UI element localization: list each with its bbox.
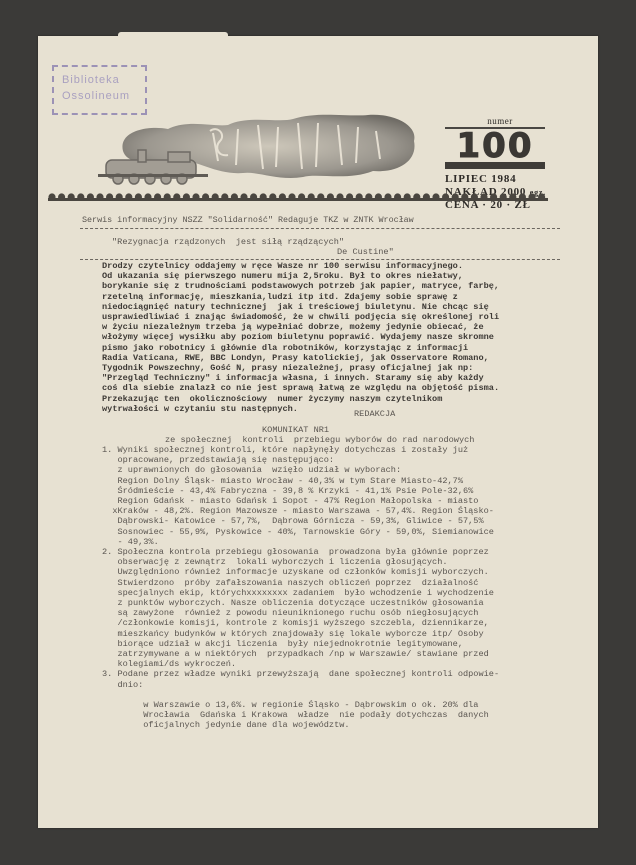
scalloped-divider [48,192,548,202]
komunikat-line: Sosnowiec - 55,9%, Pyskowice - 40%, Tarn… [102,527,582,537]
komunikat-line: biorące udział w akcji liczenia były nie… [102,639,582,649]
komunikat-line: opracowane, przedstawiają się następując… [102,455,582,465]
intro-line: niedociągnięć natury technicznej jak i t… [102,302,582,312]
komunikat-line: z uprawnionych do głosowania wzięło udzi… [102,465,582,475]
komunikat-line: dnio: [102,680,582,690]
komunikat-line: oficjalnych jedynie dane dla województw. [102,720,582,730]
issue-number-label: numer [455,116,545,126]
komunikat-line: /członkowie komisji, kontrole z komisji … [102,618,582,628]
intro-line: Radia Vaticana, RWE, BBC Londyn, Prasy k… [102,353,582,363]
komunikat-subtitle: ze społecznej kontroli przebiegu wyborów… [165,435,474,445]
komunikat-body: 1. Wyniki społecznej kontroli, które nap… [102,445,582,731]
intro-line: w życiu niezależnym trzeba ją wypełniać … [102,322,582,332]
komunikat-line: są zawyżone również z powodu nieuniknion… [102,608,582,618]
intro-text: Drodzy czytelnicy oddajemy w ręce Wasze … [102,261,582,414]
issue-number: 100 [445,131,545,161]
komunikat-line: - 49,3%. [102,537,582,547]
komunikat-line [102,690,582,700]
motto-author: De Custine" [337,247,394,257]
komunikat-line: mieszkańcy budynków w których znajdowały… [102,629,582,639]
intro-line: borykanie się z trudnościami podstawowyc… [102,281,582,291]
intro-line: Drodzy czytelnicy oddajemy w ręce Wasze … [102,261,582,271]
intro-line: coś dla siebie znalazł co nie jest spraw… [102,383,582,393]
komunikat-line: w Warszawie o 13,6%. w regionie Śląsko -… [102,700,582,710]
intro-line: Przekazując ten okolicznościowy numer ży… [102,394,582,404]
komunikat-line: Wrocławia Gdańska i Krakowa władze nie p… [102,710,582,720]
komunikat-line: 1. Wyniki społecznej kontroli, które nap… [102,445,582,455]
intro-line: usprawiedliwiać i znając świadomość, że … [102,312,582,322]
service-line: Serwis informacyjny NSZZ "Solidarność" R… [82,215,414,225]
komunikat-line: Uwzględniono również informacje uzyskane… [102,567,582,577]
komunikat-line: Region Gdańsk - miasto Gdańsk i Sopot - … [102,496,582,506]
intro-line: "Przegląd Techniczny" i informacja własn… [102,373,582,383]
locomotive-icon [98,146,213,186]
komunikat-line: 3. Podane przez władze wyniki przewyższa… [102,669,582,679]
intro-line: Od ukazania się pierwszego numeru mija 2… [102,271,582,281]
intro-line: pismo jako robotnicy i głównie dla robot… [102,343,582,353]
intro-line: włożymy więcej wysiłku aby poziom biulet… [102,332,582,342]
komunikat-line: kolegiami/ds wykroczeń. [102,659,582,669]
komunikat-line: z punktów wyborczych. Nasze obliczenia d… [102,598,582,608]
komunikat-line: Region Dolny Śląsk- miasto Wrocław - 40,… [102,476,582,486]
motto-quote: "Rezygnacja rządzonych jest siłą rządząc… [112,237,344,247]
masthead-logo [78,96,408,176]
komunikat-title: KOMUNIKAT NR1 [262,425,329,435]
komunikat-line: Śródmieście - 43,4% Fabryczna - 39,8 % K… [102,486,582,496]
komunikat-line: xKraków - 48,2%. Region Mazowsze - miast… [102,506,582,516]
intro-line: wytrwałości w czytaniu stu następnych. [102,404,582,414]
signature: REDAKCJA [354,409,395,419]
komunikat-line: 2. Społeczna kontrola przebiegu głosowan… [102,547,582,557]
komunikat-line: Dąbrowski- Katowice - 57,7%, Dąbrowa Gór… [102,516,582,526]
intro-line: Tygodnik Powszechny, Gość N, prasy nieza… [102,363,582,373]
issue-date: LIPIEC 1984 [445,173,545,186]
komunikat-line: Stwierdzono próby zafałszowania naszych … [102,578,582,588]
stamp-line-1: Biblioteka [62,72,145,88]
komunikat-line: zatrzymywane a w niektórych przypadkach … [102,649,582,659]
dashed-divider [80,228,560,230]
komunikat-line: specjalnych ekip, którychxxxxxxxx zadani… [102,588,582,598]
intro-line: rzetelną informację, mieszkania,ludzi it… [102,292,582,302]
komunikat-line: obserwację z zewnątrz lokali wyborczych … [102,557,582,567]
